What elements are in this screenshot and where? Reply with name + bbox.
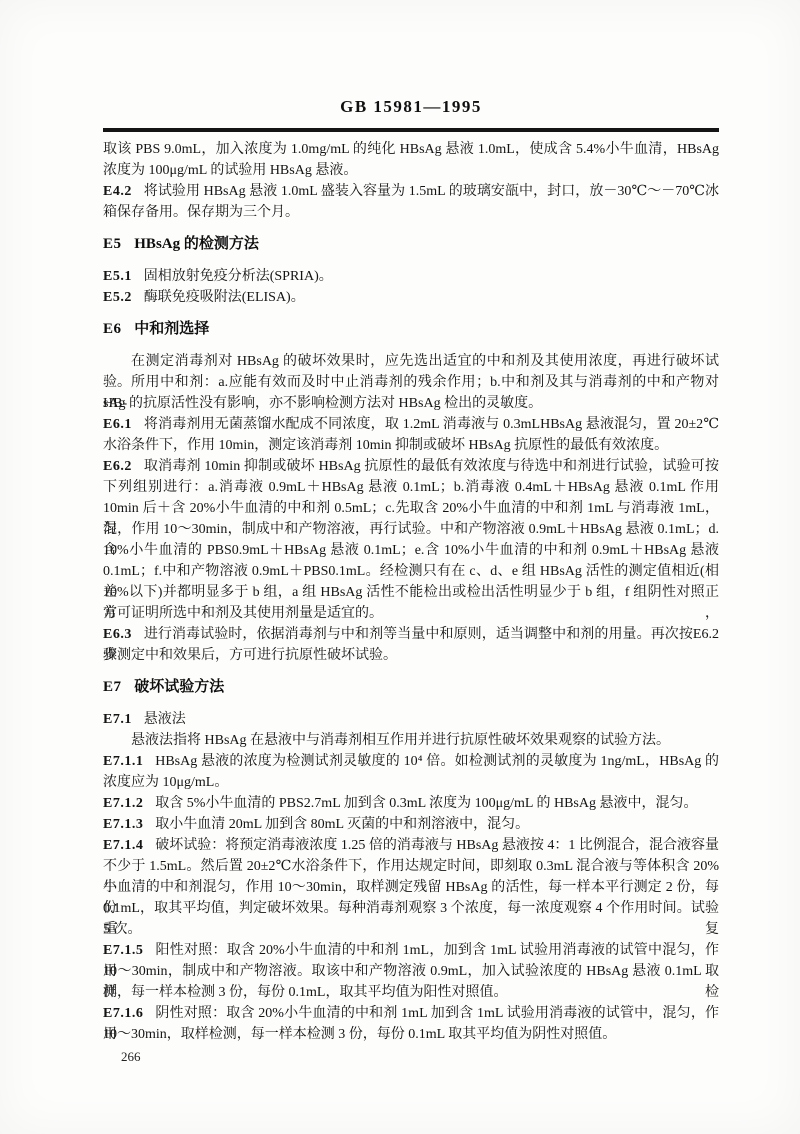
text-line: 水浴条件下，作用 10min，测定该消毒剂 10min 抑制或破坏 HBsAg … xyxy=(103,435,719,456)
header-rule xyxy=(103,128,719,132)
text-line: 不少于 1.5mL。然后置 20±2℃水浴条件下，作用达规定时间，即刻取 0.3… xyxy=(103,856,719,877)
clause-number: E7.1.4 xyxy=(103,838,143,853)
clause-number: E6 xyxy=(103,321,122,337)
text-line: E7.1.4破坏试验：将预定消毒液浓度 1.25 倍的消毒液与 HBsAg 悬液… xyxy=(103,835,719,856)
text-line: E5.2酶联免疫吸附法(ELISA)。 xyxy=(103,287,719,308)
text-line: 箱保存备用。保存期为三个月。 xyxy=(103,202,719,223)
text-line: 10～30min，取样检测，每一样本检测 3 份，每份 0.1mL 取其平均值为… xyxy=(103,1024,719,1045)
line-text: 取小牛血清 20mL 加到含 80mL 灭菌的中和剂溶液中，混匀。 xyxy=(155,817,529,832)
line-text: HBsAg 的检测方法 xyxy=(134,236,259,252)
line-text: 固相放射免疫分析法(SPRIA)。 xyxy=(144,269,333,284)
clause-number: E4.2 xyxy=(103,184,132,199)
line-text: 浓度为 100μg/mL 的试验用 HBsAg 悬液。 xyxy=(103,163,357,178)
line-text: 10～30min，取样检测，每一样本检测 3 份，每份 0.1mL 取其平均值为… xyxy=(103,1027,616,1042)
section-heading: E6中和剂选择 xyxy=(103,319,719,340)
document-page: GB 15981—1995 取该 PBS 9.0mL，加入浓度为 1.0mg/m… xyxy=(0,0,800,1134)
line-text: 将消毒剂用无菌蒸馏水配成不同浓度，取 1.2mL 消毒液与 0.3mLHBsAg… xyxy=(144,417,719,432)
text-line: sAg 的抗原活性没有影响，亦不影响检测方法对 HBsAg 检出的灵敏度。 xyxy=(103,393,719,414)
line-text: 破坏试验方法 xyxy=(134,679,224,695)
line-text: 取该 PBS 9.0mL，加入浓度为 1.0mg/mL 的纯化 HBsAg 悬液… xyxy=(103,142,719,157)
page-number: 266 xyxy=(121,1049,141,1065)
text-line: E4.2将试验用 HBsAg 悬液 1.0mL 盛装入容量为 1.5mL 的玻璃… xyxy=(103,181,719,202)
clause-number: E7.1.3 xyxy=(103,817,143,832)
text-line: 0.1mL，取其平均值，判定破坏效果。每种消毒剂观察 3 个浓度，每一浓度观察 … xyxy=(103,898,719,919)
line-text: 5 次。 xyxy=(103,922,142,937)
clause-number: E7 xyxy=(103,679,122,695)
text-line: E6.2取消毒剂 10min 抑制或破坏 HBsAg 抗原性的最低有效浓度与待选… xyxy=(103,456,719,477)
text-line: 悬液法指将 HBsAg 在悬液中与消毒剂相互作用并进行抗原性破坏效果观察的试验方… xyxy=(103,730,719,751)
clause-number: E7.1.1 xyxy=(103,754,143,769)
line-text: 取含 5%小牛血清的 PBS2.7mL 加到含 0.3mL 浓度为 100μg/… xyxy=(155,796,697,811)
line-text: 水浴条件下，作用 10min，测定该消毒剂 10min 抑制或破坏 HBsAg … xyxy=(103,438,668,453)
text-line: 骤测定中和效果后，方可进行抗原性破坏试验。 xyxy=(103,645,719,666)
line-text: 破坏试验：将预定消毒液浓度 1.25 倍的消毒液与 HBsAg 悬液按 4：1 … xyxy=(155,838,719,853)
clause-number: E6.3 xyxy=(103,627,132,642)
text-line: 浓度应为 10μg/mL。 xyxy=(103,772,719,793)
text-line: E7.1.1HBsAg 悬液的浓度为检测试剂灵敏度的 10⁴ 倍。如检测试剂的灵… xyxy=(103,751,719,772)
text-line: E7.1.6阴性对照：取含 20%小牛血清的中和剂 1mL 加到含 1mL 试验… xyxy=(103,1003,719,1024)
standard-code: GB 15981—1995 xyxy=(103,97,719,117)
clause-number: E5.2 xyxy=(103,290,132,305)
document-body: 取该 PBS 9.0mL，加入浓度为 1.0mg/mL 的纯化 HBsAg 悬液… xyxy=(103,139,719,1045)
line-text: 测，每一样本检测 3 份，每份 0.1mL，取其平均值为阳性对照值。 xyxy=(103,985,507,1000)
text-line: E7.1悬液法 xyxy=(103,709,719,730)
clause-number: E5 xyxy=(103,236,122,252)
line-text: 取消毒剂 10min 抑制或破坏 HBsAg 抗原性的最低有效浓度与待选中和剂进… xyxy=(144,459,719,474)
line-text: HBsAg 悬液的浓度为检测试剂灵敏度的 10⁴ 倍。如检测试剂的灵敏度为 1n… xyxy=(155,754,719,769)
line-text: 悬液法指将 HBsAg 在悬液中与消毒剂相互作用并进行抗原性破坏效果观察的试验方… xyxy=(131,733,670,748)
text-line: E7.1.2取含 5%小牛血清的 PBS2.7mL 加到含 0.3mL 浓度为 … xyxy=(103,793,719,814)
line-text: 骤测定中和效果后，方可进行抗原性破坏试验。 xyxy=(103,648,397,663)
text-line: 所用中和剂：a.应能有效而及时中止消毒剂的残余作用；b.中和剂及其与消毒剂的中和… xyxy=(103,372,719,393)
line-text: 箱保存备用。保存期为三个月。 xyxy=(103,205,299,220)
text-line: E6.1将消毒剂用无菌蒸馏水配成不同浓度，取 1.2mL 消毒液与 0.3mLH… xyxy=(103,414,719,435)
text-line: 10～30min，制成中和产物溶液。取该中和产物溶液 0.9mL，加入试验浓度的… xyxy=(103,961,719,982)
clause-number: E7.1.5 xyxy=(103,943,143,958)
clause-number: E7.1.6 xyxy=(103,1006,143,1021)
text-line: 下列组别进行：a.消毒液 0.9mL＋HBsAg 悬液 0.1mL；b.消毒液 … xyxy=(103,477,719,498)
line-text: 悬液法 xyxy=(144,712,186,727)
clause-number: E7.1.2 xyxy=(103,796,143,811)
text-line: 浓度为 100μg/mL 的试验用 HBsAg 悬液。 xyxy=(103,160,719,181)
text-line: 取该 PBS 9.0mL，加入浓度为 1.0mg/mL 的纯化 HBsAg 悬液… xyxy=(103,139,719,160)
clause-number: E6.2 xyxy=(103,459,132,474)
text-line: E7.1.3取小牛血清 20mL 加到含 80mL 灭菌的中和剂溶液中，混匀。 xyxy=(103,814,719,835)
line-text: 中和剂选择 xyxy=(134,321,209,337)
text-line: 牛血清的中和剂混匀，作用 10～30min，取样测定残留 HBsAg 的活性，每… xyxy=(103,877,719,898)
line-text: 0.1mL，取其平均值，判定破坏效果。每种消毒剂观察 3 个浓度，每一浓度观察 … xyxy=(103,901,719,937)
text-line: 10%小牛血清的 PBS0.9mL＋HBsAg 悬液 0.1mL；e.含 10%… xyxy=(103,540,719,561)
line-text: 酶联免疫吸附法(ELISA)。 xyxy=(144,290,305,305)
section-heading: E5HBsAg 的检测方法 xyxy=(103,234,719,255)
text-line: 10min 后＋含 20%小牛血清的中和剂 0.5mL；c.先取含 20%小牛血… xyxy=(103,498,719,519)
clause-number: E6.1 xyxy=(103,417,132,432)
text-line: 0.1mL；f.中和产物溶液 0.9mL＋PBS0.1mL。经检测只有在 c、d… xyxy=(103,561,719,582)
line-text: 下列组别进行：a.消毒液 0.9mL＋HBsAg 悬液 0.1mL；b.消毒液 … xyxy=(103,480,719,495)
section-heading: E7破坏试验方法 xyxy=(103,677,719,698)
text-line: E6.3进行消毒试验时，依据消毒剂与中和剂等当量中和原则，适当调整中和剂的用量。… xyxy=(103,624,719,645)
text-line: E5.1固相放射免疫分析法(SPRIA)。 xyxy=(103,266,719,287)
line-text: 浓度应为 10μg/mL。 xyxy=(103,775,228,790)
line-text: 10%小牛血清的 PBS0.9mL＋HBsAg 悬液 0.1mL；e.含 10%… xyxy=(103,543,719,558)
text-line: E7.1.5阳性对照：取含 20%小牛血清的中和剂 1mL，加到含 1mL 试验… xyxy=(103,940,719,961)
clause-number: E5.1 xyxy=(103,269,132,284)
text-line: 在测定消毒剂对 HBsAg 的破坏效果时，应先选出适宜的中和剂及其使用浓度，再进… xyxy=(103,351,719,372)
line-text: 方可证明所选中和剂及其使用剂量是适宜的。 xyxy=(103,606,383,621)
text-line: 10%以下)并都明显多于 b 组，a 组 HBsAg 活性不能检出或检出活性明显… xyxy=(103,582,719,603)
line-text: 将试验用 HBsAg 悬液 1.0mL 盛装入容量为 1.5mL 的玻璃安瓿中，… xyxy=(144,184,719,199)
text-line: 匀，作用 10～30min，制成中和产物溶液，再行试验。中和产物溶液 0.9mL… xyxy=(103,519,719,540)
clause-number: E7.1 xyxy=(103,712,132,727)
line-text: sAg 的抗原活性没有影响，亦不影响检测方法对 HBsAg 检出的灵敏度。 xyxy=(103,396,542,411)
